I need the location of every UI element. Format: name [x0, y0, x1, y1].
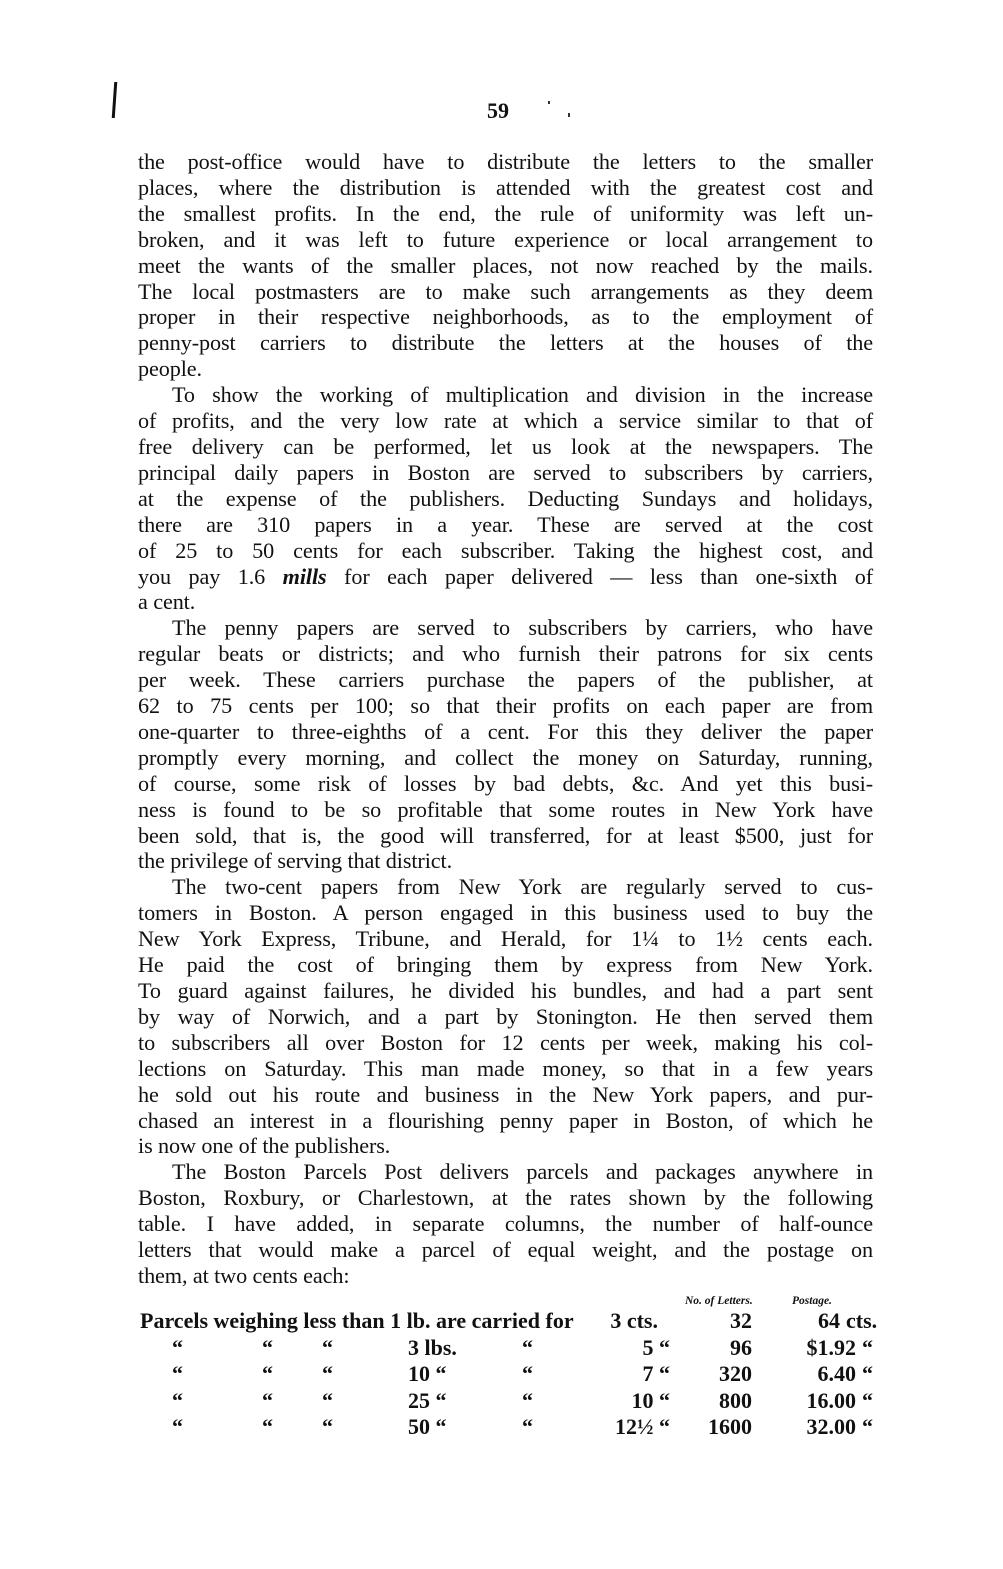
text-line: places, where the distribution is attend…	[138, 175, 873, 201]
ditto-mark: “	[522, 1388, 533, 1415]
text-line-with-italic: you pay 1.6 mills for each paper deliver…	[138, 564, 873, 590]
row-postage: $1.92	[762, 1335, 856, 1362]
text-line: one-quarter to three-eighths of a cent. …	[138, 719, 873, 745]
row-postage: 16.00	[762, 1388, 856, 1415]
table-row: “ “ “ 50 “ “ 12½ “ 1600 32.00 “	[140, 1414, 880, 1441]
row-weight: 3 lbs.	[408, 1335, 457, 1362]
text-line: letters that would make a parcel of equa…	[138, 1237, 873, 1263]
ditto-mark: “	[262, 1335, 273, 1362]
ditto-mark: “	[522, 1361, 533, 1388]
column-header-postage: Postage.	[792, 1293, 832, 1309]
table-row: “ “ “ 25 “ “ 10 “ 800 16.00 “	[140, 1388, 880, 1415]
row-rate: 10 “	[600, 1388, 670, 1415]
row-letters: 800	[680, 1388, 752, 1415]
text-line: a cent.	[138, 589, 873, 615]
body-text: the post-office would have to distribute…	[138, 149, 873, 1289]
text-line: them, at two cents each:	[138, 1263, 873, 1289]
text-segment: you pay 1.6	[138, 564, 283, 589]
text-line: To show the working of multiplication an…	[138, 382, 873, 408]
table-row: Parcels weighing less than 1 lb. are car…	[140, 1308, 880, 1335]
ditto-mark: “	[262, 1388, 273, 1415]
text-line: the post-office would have to distribute…	[138, 149, 873, 175]
row-postage-unit: cts.	[846, 1308, 877, 1335]
page-number: 59	[470, 98, 526, 124]
text-line: chased an interest in a flourishing penn…	[138, 1108, 873, 1134]
text-line: penny-post carriers to distribute the le…	[138, 330, 873, 356]
ditto-mark: “	[522, 1335, 533, 1362]
text-line: principal daily papers in Boston are ser…	[138, 460, 873, 486]
text-line: tomers in Boston. A person engaged in th…	[138, 900, 873, 926]
ditto-mark: “	[172, 1361, 183, 1388]
ditto-mark: “	[172, 1335, 183, 1362]
text-line: Boston, Roxbury, or Charlestown, at the …	[138, 1185, 873, 1211]
row-letters: 96	[680, 1335, 752, 1362]
ditto-mark: “	[322, 1414, 333, 1441]
row-postage: 32.00	[762, 1414, 856, 1441]
text-line: The Boston Parcels Post delivers parcels…	[138, 1159, 873, 1185]
text-line: of 25 to 50 cents for each subscriber. T…	[138, 538, 873, 564]
parcel-rate-table: No. of Letters. Postage. Parcels weighin…	[140, 1292, 880, 1441]
text-line: per week. These carriers purchase the pa…	[138, 667, 873, 693]
text-line: 62 to 75 cents per 100; so that their pr…	[138, 693, 873, 719]
row-rate: 3 cts.	[588, 1308, 658, 1335]
text-line: of profits, and the very low rate at whi…	[138, 408, 873, 434]
row-letters: 1600	[680, 1414, 752, 1441]
text-line: the privilege of serving that district.	[138, 848, 873, 874]
text-line: of course, some risk of losses by bad de…	[138, 771, 873, 797]
text-line: broken, and it was left to future experi…	[138, 227, 873, 253]
margin-scan-mark	[112, 82, 118, 118]
text-line: table. I have added, in separate columns…	[138, 1211, 873, 1237]
text-line: To guard against failures, he divided hi…	[138, 978, 873, 1004]
text-line: ness is found to be so profitable that s…	[138, 797, 873, 823]
row-rate: 7 “	[600, 1361, 670, 1388]
ditto-mark: “	[522, 1414, 533, 1441]
ditto-mark: “	[172, 1414, 183, 1441]
text-line: to subscribers all over Boston for 12 ce…	[138, 1030, 873, 1056]
text-line: lections on Saturday. This man made mone…	[138, 1056, 873, 1082]
scan-speck	[568, 113, 570, 117]
row-weight: 50 “	[408, 1414, 447, 1441]
ditto-mark: “	[322, 1335, 333, 1362]
paragraph-5: The Boston Parcels Post delivers parcels…	[138, 1159, 873, 1289]
row-weight: 10 “	[408, 1361, 447, 1388]
text-line: by way of Norwich, and a part by Stoning…	[138, 1004, 873, 1030]
italic-term-mills: mills	[283, 564, 327, 589]
row-postage-unit: “	[862, 1388, 873, 1415]
text-line: people.	[138, 356, 873, 382]
paragraph-1: the post-office would have to distribute…	[138, 149, 873, 382]
text-line: he sold out his route and business in th…	[138, 1082, 873, 1108]
text-segment: for each paper delivered — less than one…	[327, 564, 873, 589]
row-letters: 320	[680, 1361, 752, 1388]
ditto-mark: “	[262, 1414, 273, 1441]
column-header-letters: No. of Letters.	[685, 1293, 753, 1309]
row-description: Parcels weighing less than 1 lb. are car…	[140, 1308, 574, 1335]
paragraph-3: The penny papers are served to subscribe…	[138, 615, 873, 874]
ditto-mark: “	[322, 1388, 333, 1415]
row-letters: 32	[680, 1308, 752, 1335]
ditto-mark: “	[322, 1361, 333, 1388]
text-line: the smallest profits. In the end, the ru…	[138, 201, 873, 227]
text-line: The two-cent papers from New York are re…	[138, 874, 873, 900]
text-line: The local postmasters are to make such a…	[138, 279, 873, 305]
row-rate: 12½ “	[600, 1414, 670, 1441]
table-row: “ “ “ 3 lbs. “ 5 “ 96 $1.92 “	[140, 1335, 880, 1362]
row-postage: 64	[762, 1308, 840, 1335]
text-line: meet the wants of the smaller places, no…	[138, 253, 873, 279]
row-postage-unit: “	[862, 1335, 873, 1362]
text-line: New York Express, Tribune, and Herald, f…	[138, 926, 873, 952]
row-rate: 5 “	[600, 1335, 670, 1362]
text-line: He paid the cost of bringing them by exp…	[138, 952, 873, 978]
ditto-mark: “	[172, 1388, 183, 1415]
text-line: regular beats or districts; and who furn…	[138, 641, 873, 667]
text-line: promptly every morning, and collect the …	[138, 745, 873, 771]
paragraph-2: To show the working of multiplication an…	[138, 382, 873, 615]
table-header: No. of Letters. Postage.	[140, 1292, 880, 1308]
ditto-mark: “	[262, 1361, 273, 1388]
text-line: The penny papers are served to subscribe…	[138, 615, 873, 641]
table-row: “ “ “ 10 “ “ 7 “ 320 6.40 “	[140, 1361, 880, 1388]
row-postage-unit: “	[862, 1361, 873, 1388]
text-line: at the expense of the publishers. Deduct…	[138, 486, 873, 512]
text-line: is now one of the publishers.	[138, 1133, 873, 1159]
text-line: there are 310 papers in a year. These ar…	[138, 512, 873, 538]
text-line: free delivery can be performed, let us l…	[138, 434, 873, 460]
row-postage: 6.40	[762, 1361, 856, 1388]
paragraph-4: The two-cent papers from New York are re…	[138, 874, 873, 1159]
row-postage-unit: “	[862, 1414, 873, 1441]
text-line: been sold, that is, the good will transf…	[138, 823, 873, 849]
text-line: proper in their respective neighborhoods…	[138, 304, 873, 330]
row-weight: 25 “	[408, 1388, 447, 1415]
scan-speck	[548, 101, 550, 104]
